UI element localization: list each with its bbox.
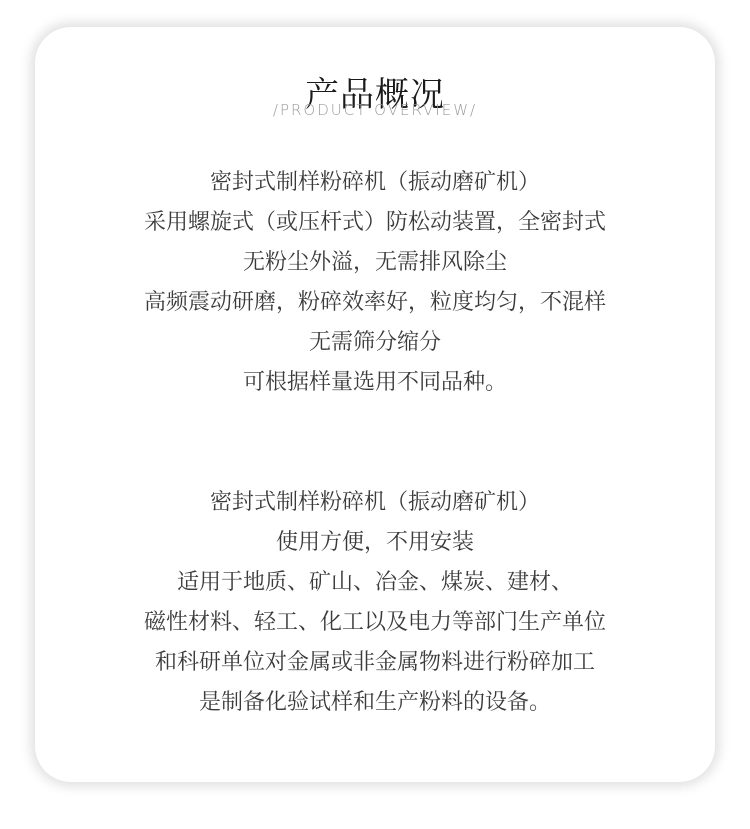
paragraph-line: 可根据样量选用不同品种。 <box>35 363 715 403</box>
paragraph-line: 密封式制样粉碎机（振动磨矿机） <box>35 163 715 203</box>
paragraph-line: 适用于地质、矿山、冶金、煤炭、建材、 <box>35 563 715 603</box>
section-subtitle: /PRODUCT OVERVIEW/ <box>35 100 715 120</box>
paragraph-line: 磁性材料、轻工、化工以及电力等部门生产单位 <box>35 603 715 643</box>
paragraph-line: 无粉尘外溢，无需排风除尘 <box>35 243 715 283</box>
paragraph-line: 高频震动研磨，粉碎效率好，粒度均匀，不混样 <box>35 283 715 323</box>
product-overview-card: 产品概况 /PRODUCT OVERVIEW/ 密封式制样粉碎机（振动磨矿机） … <box>35 27 715 782</box>
paragraph-line: 采用螺旋式（或压杆式）防松动装置，全密封式 <box>35 203 715 243</box>
paragraph-line: 是制备化验试样和生产粉料的设备。 <box>35 683 715 723</box>
description-paragraph-1: 密封式制样粉碎机（振动磨矿机） 采用螺旋式（或压杆式）防松动装置，全密封式 无粉… <box>35 163 715 403</box>
paragraph-line: 密封式制样粉碎机（振动磨矿机） <box>35 483 715 523</box>
description-paragraph-2: 密封式制样粉碎机（振动磨矿机） 使用方便，不用安装 适用于地质、矿山、冶金、煤炭… <box>35 483 715 723</box>
paragraph-line: 和科研单位对金属或非金属物料进行粉碎加工 <box>35 643 715 683</box>
paragraph-line: 使用方便，不用安装 <box>35 523 715 563</box>
paragraph-line: 无需筛分缩分 <box>35 323 715 363</box>
